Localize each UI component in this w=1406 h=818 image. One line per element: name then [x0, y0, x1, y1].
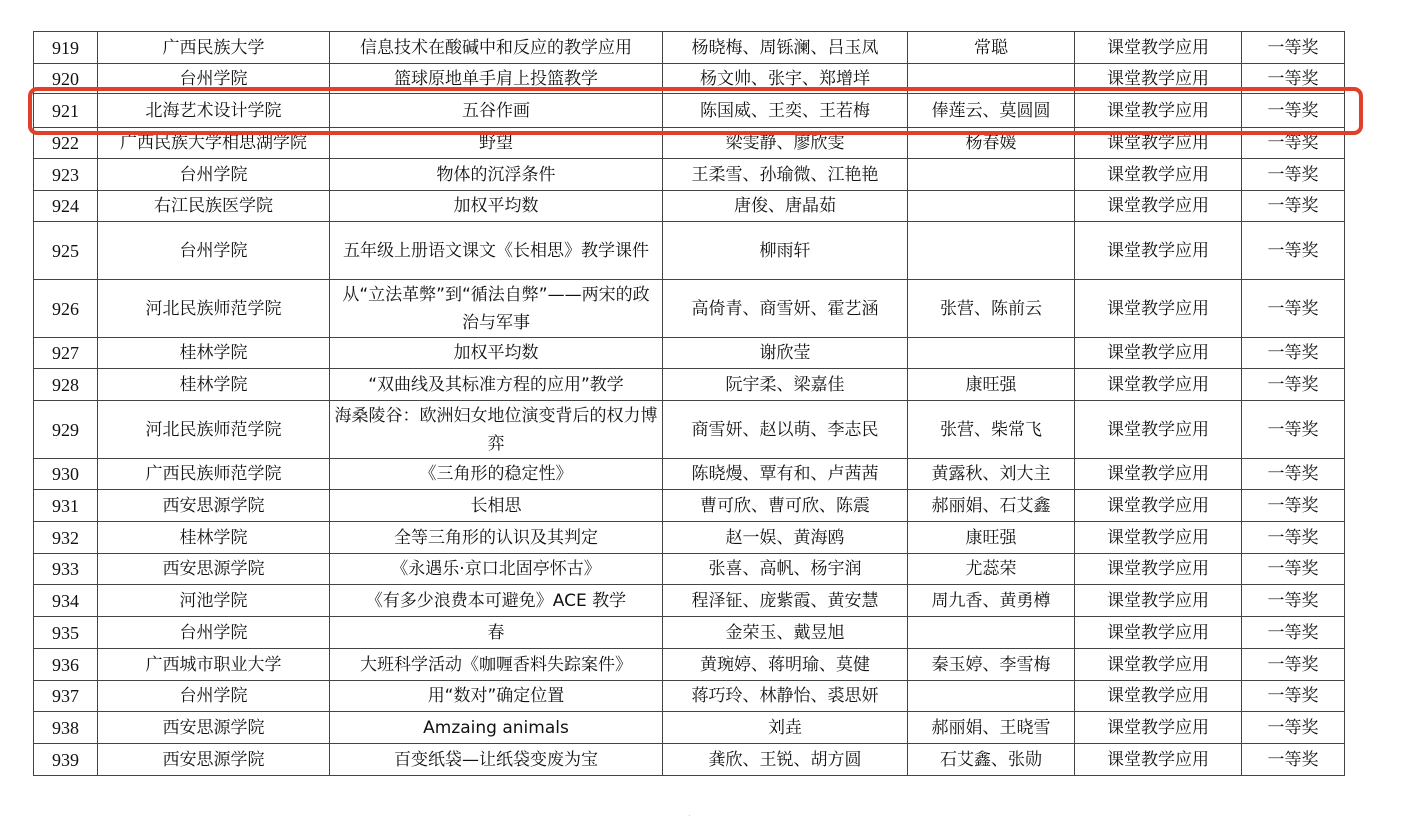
category-cell: 课堂教学应用 — [1075, 64, 1242, 94]
work-title-cell: 从“立法革弊”到“循法自弊”——两宋的政治与军事 — [330, 280, 663, 338]
advisors-cell — [908, 617, 1075, 649]
authors-cell: 王柔雪、孙瑜微、江艳艳 — [663, 159, 908, 191]
category-cell: 课堂教学应用 — [1075, 32, 1242, 64]
authors-cell: 赵一娱、黄海鸥 — [663, 522, 908, 554]
row-number: 930 — [34, 459, 98, 490]
authors-cell: 曹可欣、曹可欣、陈震 — [663, 490, 908, 522]
table-row: 927桂林学院加权平均数谢欣莹课堂教学应用一等奖 — [34, 338, 1345, 369]
category-cell: 课堂教学应用 — [1075, 338, 1242, 369]
category-cell: 课堂教学应用 — [1075, 681, 1242, 712]
school-cell: 河北民族师范学院 — [98, 401, 330, 459]
category-cell: 课堂教学应用 — [1075, 191, 1242, 222]
row-number: 919 — [34, 32, 98, 64]
row-number: 923 — [34, 159, 98, 191]
award-cell: 一等奖 — [1242, 222, 1345, 280]
category-cell: 课堂教学应用 — [1075, 459, 1242, 490]
category-cell: 课堂教学应用 — [1075, 617, 1242, 649]
work-title-cell: 全等三角形的认识及其判定 — [330, 522, 663, 554]
school-cell: 广西民族大学相思湖学院 — [98, 128, 330, 159]
table-row: 926河北民族师范学院从“立法革弊”到“循法自弊”——两宋的政治与军事高倚青、商… — [34, 280, 1345, 338]
award-cell: 一等奖 — [1242, 338, 1345, 369]
category-cell: 课堂教学应用 — [1075, 280, 1242, 338]
row-number: 926 — [34, 280, 98, 338]
work-title-cell: 物体的沉浮条件 — [330, 159, 663, 191]
school-cell: 台州学院 — [98, 159, 330, 191]
work-title-cell: 用“数对”确定位置 — [330, 681, 663, 712]
work-title-cell: “双曲线及其标准方程的应用”教学 — [330, 369, 663, 401]
award-cell: 一等奖 — [1242, 522, 1345, 554]
school-cell: 桂林学院 — [98, 522, 330, 554]
category-cell: 课堂教学应用 — [1075, 128, 1242, 159]
school-cell: 右江民族医学院 — [98, 191, 330, 222]
row-number: 935 — [34, 617, 98, 649]
row-number: 927 — [34, 338, 98, 369]
work-title-cell: 大班科学活动《咖喱香料失踪案件》 — [330, 649, 663, 681]
authors-cell: 梁雯静、廖欣雯 — [663, 128, 908, 159]
work-title-cell: 篮球原地单手肩上投篮教学 — [330, 64, 663, 94]
work-title-cell: 百变纸袋—让纸袋变废为宝 — [330, 744, 663, 776]
table-row: 924右江民族医学院加权平均数唐俊、唐晶茹课堂教学应用一等奖 — [34, 191, 1345, 222]
authors-cell: 杨晓梅、周铄澜、吕玉凤 — [663, 32, 908, 64]
school-cell: 西安思源学院 — [98, 490, 330, 522]
advisors-cell: 石艾鑫、张勋 — [908, 744, 1075, 776]
category-cell: 课堂教学应用 — [1075, 490, 1242, 522]
school-cell: 河池学院 — [98, 585, 330, 617]
row-number: 933 — [34, 554, 98, 585]
row-number: 924 — [34, 191, 98, 222]
row-number: 920 — [34, 64, 98, 94]
row-number: 934 — [34, 585, 98, 617]
category-cell: 课堂教学应用 — [1075, 522, 1242, 554]
school-cell: 桂林学院 — [98, 338, 330, 369]
authors-cell: 金荣玉、戴昱旭 — [663, 617, 908, 649]
awards-table-body: 919广西民族大学信息技术在酸碱中和反应的教学应用杨晓梅、周铄澜、吕玉凤常聪课堂… — [34, 32, 1345, 776]
work-title-cell: 野望 — [330, 128, 663, 159]
advisors-cell: 秦玉婷、李雪梅 — [908, 649, 1075, 681]
award-cell: 一等奖 — [1242, 401, 1345, 459]
table-row: 929河北民族师范学院海桑陵谷：欧洲妇女地位演变背后的权力博弈商雪妍、赵以萌、李… — [34, 401, 1345, 459]
advisors-cell: 常聪 — [908, 32, 1075, 64]
row-number: 939 — [34, 744, 98, 776]
award-cell: 一等奖 — [1242, 191, 1345, 222]
advisors-cell — [908, 681, 1075, 712]
authors-cell: 杨文帅、张宇、郑增垟 — [663, 64, 908, 94]
advisors-cell: 郝丽娟、王晓雪 — [908, 712, 1075, 744]
category-cell: 课堂教学应用 — [1075, 712, 1242, 744]
row-number: 928 — [34, 369, 98, 401]
award-cell: 一等奖 — [1242, 459, 1345, 490]
work-title-cell: 长相思 — [330, 490, 663, 522]
work-title-cell: 五谷作画 — [330, 94, 663, 128]
award-cell: 一等奖 — [1242, 649, 1345, 681]
table-row: 931西安思源学院长相思曹可欣、曹可欣、陈震郝丽娟、石艾鑫课堂教学应用一等奖 — [34, 490, 1345, 522]
advisors-cell: 尤蕊荣 — [908, 554, 1075, 585]
school-cell: 广西民族大学 — [98, 32, 330, 64]
advisors-cell — [908, 64, 1075, 94]
work-title-cell: 《三角形的稳定性》 — [330, 459, 663, 490]
school-cell: 台州学院 — [98, 617, 330, 649]
school-cell: 西安思源学院 — [98, 554, 330, 585]
award-cell: 一等奖 — [1242, 554, 1345, 585]
work-title-cell: Amzaing animals — [330, 712, 663, 744]
authors-cell: 龚欣、王锐、胡方圆 — [663, 744, 908, 776]
school-cell: 西安思源学院 — [98, 744, 330, 776]
award-cell: 一等奖 — [1242, 32, 1345, 64]
award-cell: 一等奖 — [1242, 744, 1345, 776]
award-cell: 一等奖 — [1242, 280, 1345, 338]
advisors-cell: 张营、陈前云 — [908, 280, 1075, 338]
authors-cell: 刘垚 — [663, 712, 908, 744]
school-cell: 广西民族师范学院 — [98, 459, 330, 490]
category-cell: 课堂教学应用 — [1075, 159, 1242, 191]
awards-table: 919广西民族大学信息技术在酸碱中和反应的教学应用杨晓梅、周铄澜、吕玉凤常聪课堂… — [33, 31, 1345, 776]
row-number: 932 — [34, 522, 98, 554]
table-row: 919广西民族大学信息技术在酸碱中和反应的教学应用杨晓梅、周铄澜、吕玉凤常聪课堂… — [34, 32, 1345, 64]
school-cell: 西安思源学院 — [98, 712, 330, 744]
authors-cell: 黄琬婷、蒋明瑜、莫健 — [663, 649, 908, 681]
award-cell: 一等奖 — [1242, 681, 1345, 712]
award-cell: 一等奖 — [1242, 159, 1345, 191]
table-row: 922广西民族大学相思湖学院野望梁雯静、廖欣雯杨春媛课堂教学应用一等奖 — [34, 128, 1345, 159]
work-title-cell: 《有多少浪费本可避免》ACE 教学 — [330, 585, 663, 617]
award-cell: 一等奖 — [1242, 369, 1345, 401]
row-number: 922 — [34, 128, 98, 159]
advisors-cell — [908, 338, 1075, 369]
work-title-cell: 《永遇乐·京口北固亭怀古》 — [330, 554, 663, 585]
authors-cell: 陈国威、王奕、王若梅 — [663, 94, 908, 128]
table-row: 925台州学院五年级上册语文课文《长相思》教学课件柳雨轩课堂教学应用一等奖 — [34, 222, 1345, 280]
category-cell: 课堂教学应用 — [1075, 222, 1242, 280]
award-cell: 一等奖 — [1242, 128, 1345, 159]
advisors-cell: 张营、柴常飞 — [908, 401, 1075, 459]
row-number: 936 — [34, 649, 98, 681]
table-row: 935台州学院春金荣玉、戴昱旭课堂教学应用一等奖 — [34, 617, 1345, 649]
table-row: 920台州学院篮球原地单手肩上投篮教学杨文帅、张宇、郑增垟课堂教学应用一等奖 — [34, 64, 1345, 94]
row-number: 931 — [34, 490, 98, 522]
row-number: 925 — [34, 222, 98, 280]
school-cell: 桂林学院 — [98, 369, 330, 401]
work-title-cell: 加权平均数 — [330, 338, 663, 369]
school-cell: 河北民族师范学院 — [98, 280, 330, 338]
table-row: 932桂林学院全等三角形的认识及其判定赵一娱、黄海鸥康旺强课堂教学应用一等奖 — [34, 522, 1345, 554]
table-row: 928桂林学院“双曲线及其标准方程的应用”教学阮宇柔、梁嘉佳康旺强课堂教学应用一… — [34, 369, 1345, 401]
page-artifact-dot — [689, 815, 690, 816]
row-number: 929 — [34, 401, 98, 459]
advisors-cell: 俸莲云、莫圆圆 — [908, 94, 1075, 128]
award-cell: 一等奖 — [1242, 94, 1345, 128]
award-cell: 一等奖 — [1242, 64, 1345, 94]
table-row: 930广西民族师范学院《三角形的稳定性》陈晓熳、覃有和、卢茜茜黄露秋、刘大主课堂… — [34, 459, 1345, 490]
award-cell: 一等奖 — [1242, 490, 1345, 522]
row-number: 938 — [34, 712, 98, 744]
school-cell: 台州学院 — [98, 222, 330, 280]
table-row: 923台州学院物体的沉浮条件王柔雪、孙瑜微、江艳艳课堂教学应用一等奖 — [34, 159, 1345, 191]
authors-cell: 张喜、高帆、杨宇润 — [663, 554, 908, 585]
category-cell: 课堂教学应用 — [1075, 744, 1242, 776]
table-row: 934河池学院《有多少浪费本可避免》ACE 教学程泽钲、庞紫霞、黄安慧周九香、黄… — [34, 585, 1345, 617]
authors-cell: 陈晓熳、覃有和、卢茜茜 — [663, 459, 908, 490]
category-cell: 课堂教学应用 — [1075, 401, 1242, 459]
advisors-cell — [908, 222, 1075, 280]
work-title-cell: 五年级上册语文课文《长相思》教学课件 — [330, 222, 663, 280]
advisors-cell: 黄露秋、刘大主 — [908, 459, 1075, 490]
award-cell: 一等奖 — [1242, 585, 1345, 617]
school-cell: 台州学院 — [98, 681, 330, 712]
advisors-cell — [908, 159, 1075, 191]
row-number: 937 — [34, 681, 98, 712]
award-cell: 一等奖 — [1242, 712, 1345, 744]
table-row: 933西安思源学院《永遇乐·京口北固亭怀古》张喜、高帆、杨宇润尤蕊荣课堂教学应用… — [34, 554, 1345, 585]
row-number: 921 — [34, 94, 98, 128]
table-row: 937台州学院用“数对”确定位置蒋巧玲、林静怡、裘思妍课堂教学应用一等奖 — [34, 681, 1345, 712]
authors-cell: 唐俊、唐晶茹 — [663, 191, 908, 222]
school-cell: 广西城市职业大学 — [98, 649, 330, 681]
advisors-cell: 杨春媛 — [908, 128, 1075, 159]
work-title-cell: 春 — [330, 617, 663, 649]
authors-cell: 商雪妍、赵以萌、李志民 — [663, 401, 908, 459]
category-cell: 课堂教学应用 — [1075, 369, 1242, 401]
category-cell: 课堂教学应用 — [1075, 94, 1242, 128]
authors-cell: 柳雨轩 — [663, 222, 908, 280]
category-cell: 课堂教学应用 — [1075, 554, 1242, 585]
work-title-cell: 海桑陵谷：欧洲妇女地位演变背后的权力博弈 — [330, 401, 663, 459]
school-cell: 北海艺术设计学院 — [98, 94, 330, 128]
authors-cell: 谢欣莹 — [663, 338, 908, 369]
advisors-cell — [908, 191, 1075, 222]
advisors-cell: 康旺强 — [908, 522, 1075, 554]
category-cell: 课堂教学应用 — [1075, 649, 1242, 681]
school-cell: 台州学院 — [98, 64, 330, 94]
work-title-cell: 加权平均数 — [330, 191, 663, 222]
award-cell: 一等奖 — [1242, 617, 1345, 649]
advisors-cell: 郝丽娟、石艾鑫 — [908, 490, 1075, 522]
table-row: 936广西城市职业大学大班科学活动《咖喱香料失踪案件》黄琬婷、蒋明瑜、莫健秦玉婷… — [34, 649, 1345, 681]
table-row: 939西安思源学院百变纸袋—让纸袋变废为宝龚欣、王锐、胡方圆石艾鑫、张勋课堂教学… — [34, 744, 1345, 776]
authors-cell: 阮宇柔、梁嘉佳 — [663, 369, 908, 401]
category-cell: 课堂教学应用 — [1075, 585, 1242, 617]
table-row: 938西安思源学院Amzaing animals刘垚郝丽娟、王晓雪课堂教学应用一… — [34, 712, 1345, 744]
advisors-cell: 周九香、黄勇樽 — [908, 585, 1075, 617]
authors-cell: 蒋巧玲、林静怡、裘思妍 — [663, 681, 908, 712]
advisors-cell: 康旺强 — [908, 369, 1075, 401]
table-row: 921北海艺术设计学院五谷作画陈国威、王奕、王若梅俸莲云、莫圆圆课堂教学应用一等… — [34, 94, 1345, 128]
work-title-cell: 信息技术在酸碱中和反应的教学应用 — [330, 32, 663, 64]
authors-cell: 程泽钲、庞紫霞、黄安慧 — [663, 585, 908, 617]
authors-cell: 高倚青、商雪妍、霍艺涵 — [663, 280, 908, 338]
